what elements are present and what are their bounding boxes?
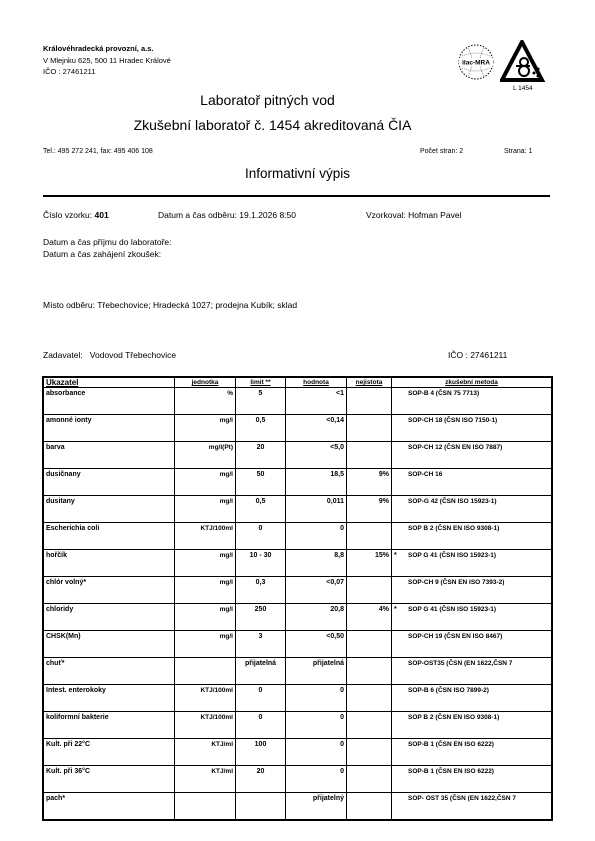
table-row: koliformní bakterieKTJ/100ml00SOP B 2 (Č… xyxy=(43,712,552,739)
cell-flag xyxy=(392,415,407,442)
lab-title: Laboratoř pitných vod xyxy=(0,92,535,108)
cell-method: SOP-B 1 (ČSN EN ISO 6222) xyxy=(406,766,552,793)
company-name: Královéhradecká provozní, a.s. xyxy=(43,44,153,53)
cell-unit: KTJ/100ml xyxy=(175,685,236,712)
cell-unit: mg/l xyxy=(175,496,236,523)
cell-uncertainty xyxy=(347,415,392,442)
cell-flag: * xyxy=(392,604,407,631)
cell-limit: 3 xyxy=(236,631,286,658)
ilac-mra-logo-icon: ilac-MRA xyxy=(456,42,496,82)
client: Zadavatel: Vodovod Třebechovice xyxy=(43,350,176,360)
sample-number-label: Číslo vzorku: xyxy=(43,210,92,220)
cell-method: SOP-G 42 (ČSN ISO 15923-1) xyxy=(406,496,552,523)
test-start-label: Datum a čas zahájení zkoušek: xyxy=(43,249,161,259)
table-header-row: Ukazatel jednotka limit ** hodnota nejis… xyxy=(43,377,552,388)
sampling-place-label: Místo odběru: xyxy=(43,300,95,310)
cell-value: 0 xyxy=(286,712,347,739)
cell-uncertainty xyxy=(347,739,392,766)
cell-name: dusitany xyxy=(43,496,175,523)
client-label: Zadavatel: xyxy=(43,350,83,360)
cell-value: <0,07 xyxy=(286,577,347,604)
company-ico: IČO : 27461211 xyxy=(43,67,95,76)
cell-limit: 5 xyxy=(236,388,286,415)
sampled-by-value: Hofman Pavel xyxy=(408,210,461,220)
cell-value: 0 xyxy=(286,523,347,550)
cell-flag xyxy=(392,496,407,523)
cell-name: amonné ionty xyxy=(43,415,175,442)
cell-method: SOP-B 1 (ČSN EN ISO 6222) xyxy=(406,739,552,766)
cell-limit: 50 xyxy=(236,469,286,496)
table-row: Intest. enterokokyKTJ/100ml00SOP-B 6 (ČS… xyxy=(43,685,552,712)
cell-value: 0,011 xyxy=(286,496,347,523)
cell-name: dusičnany xyxy=(43,469,175,496)
table-row: hořčíkmg/l10 - 308,815%*SOP G 41 (ČSN IS… xyxy=(43,550,552,577)
cell-limit: 0 xyxy=(236,523,286,550)
cell-method: SOP- OST 35 (ČSN (EN 1622,ČSN 7 xyxy=(406,793,552,821)
cell-uncertainty xyxy=(347,766,392,793)
cell-flag xyxy=(392,442,407,469)
cell-uncertainty xyxy=(347,577,392,604)
cell-unit: mg/l(Pt) xyxy=(175,442,236,469)
table-row: Kult. při 36°CKTJ/ml200SOP-B 1 (ČSN EN I… xyxy=(43,766,552,793)
table-row: pach*přijatelnýSOP- OST 35 (ČSN (EN 1622… xyxy=(43,793,552,821)
cell-flag xyxy=(392,523,407,550)
table-row: Escherichia coliKTJ/100ml00SOP B 2 (ČSN … xyxy=(43,523,552,550)
cell-limit: 0,3 xyxy=(236,577,286,604)
header-uncertainty: nejistota xyxy=(347,377,392,388)
cell-limit: 100 xyxy=(236,739,286,766)
cell-name: chuť* xyxy=(43,658,175,685)
cell-uncertainty: 4% xyxy=(347,604,392,631)
sampling-place-value: Třebechovice; Hradecká 1027; prodejna Ku… xyxy=(97,300,297,310)
table-row: chuť*přijatelnápřijatelnáSOP-OST35 (ČSN … xyxy=(43,658,552,685)
cell-name: Kult. při 36°C xyxy=(43,766,175,793)
header-name: Ukazatel xyxy=(43,377,175,388)
cell-limit: 0,5 xyxy=(236,415,286,442)
cell-uncertainty xyxy=(347,631,392,658)
cell-uncertainty xyxy=(347,523,392,550)
cell-limit: 250 xyxy=(236,604,286,631)
cia-logo-icon xyxy=(500,40,550,84)
cell-limit: 20 xyxy=(236,766,286,793)
cell-unit: mg/l xyxy=(175,631,236,658)
cell-unit: % xyxy=(175,388,236,415)
cell-method: SOP-B 6 (ČSN ISO 7899-2) xyxy=(406,685,552,712)
cell-name: Escherichia coli xyxy=(43,523,175,550)
cell-method: SOP-OST35 (ČSN (EN 1622,ČSN 7 xyxy=(406,658,552,685)
header-method: zkušební metoda xyxy=(392,377,553,388)
cell-flag xyxy=(392,658,407,685)
contact-tel-fax: Tel.: 495 272 241, fax: 495 406 108 xyxy=(43,148,153,155)
cell-unit: KTJ/100ml xyxy=(175,523,236,550)
table-row: Kult. při 22°CKTJ/ml1000SOP-B 1 (ČSN EN … xyxy=(43,739,552,766)
cell-method: SOP-CH 16 xyxy=(406,469,552,496)
page-count: Počet stran: 2 xyxy=(420,148,463,155)
cell-value: 0 xyxy=(286,766,347,793)
cell-value: 8,8 xyxy=(286,550,347,577)
client-ico: IČO : 27461211 xyxy=(448,350,507,360)
cell-value: 20,8 xyxy=(286,604,347,631)
cell-value: <5,0 xyxy=(286,442,347,469)
cell-uncertainty: 9% xyxy=(347,496,392,523)
receipt-date-label: Datum a čas příjmu do laboratoře: xyxy=(43,237,172,247)
cell-flag: * xyxy=(392,550,407,577)
cell-name: koliformní bakterie xyxy=(43,712,175,739)
cell-value: 0 xyxy=(286,739,347,766)
svg-text:ilac-MRA: ilac-MRA xyxy=(462,60,490,67)
cell-method: SOP B 2 (ČSN EN ISO 9308-1) xyxy=(406,523,552,550)
cell-name: absorbance xyxy=(43,388,175,415)
cell-value: 18,5 xyxy=(286,469,347,496)
cell-unit: KTJ/100ml xyxy=(175,712,236,739)
table-row: chloridymg/l25020,84%*SOP G 41 (ČSN ISO … xyxy=(43,604,552,631)
cell-flag xyxy=(392,712,407,739)
table-row: dusičnanymg/l5018,59%SOP-CH 16 xyxy=(43,469,552,496)
cell-unit: mg/l xyxy=(175,577,236,604)
cell-limit: 0 xyxy=(236,712,286,739)
table-row: barvamg/l(Pt)20<5,0SOP-CH 12 (ČSN EN ISO… xyxy=(43,442,552,469)
client-value: Vodovod Třebechovice xyxy=(90,350,176,360)
sampling-date: Datum a čas odběru: 19.1.2026 8:50 xyxy=(158,210,296,220)
cell-name: Kult. při 22°C xyxy=(43,739,175,766)
cell-value: <1 xyxy=(286,388,347,415)
cell-method: SOP B 2 (ČSN EN ISO 9308-1) xyxy=(406,712,552,739)
cell-value: přijatelná xyxy=(286,658,347,685)
cell-flag xyxy=(392,739,407,766)
cell-unit: mg/l xyxy=(175,415,236,442)
cell-value: <0,50 xyxy=(286,631,347,658)
cell-uncertainty: 9% xyxy=(347,469,392,496)
table-row: absorbance%5<1SOP-B 4 (ČSN 75 7713) xyxy=(43,388,552,415)
sampling-date-value: 19.1.2026 8:50 xyxy=(239,210,296,220)
cell-method: SOP-B 4 (ČSN 75 7713) xyxy=(406,388,552,415)
sampling-date-label: Datum a čas odběru: xyxy=(158,210,237,220)
table-row: chlór volný*mg/l0,3<0,07SOP-CH 9 (ČSN EN… xyxy=(43,577,552,604)
cell-unit: mg/l xyxy=(175,469,236,496)
header-value: hodnota xyxy=(286,377,347,388)
accreditation-code: L 1454 xyxy=(513,85,533,92)
page-current: Strana: 1 xyxy=(504,148,532,155)
cell-name: Intest. enterokoky xyxy=(43,685,175,712)
header-limit: limit ** xyxy=(236,377,286,388)
cell-uncertainty xyxy=(347,388,392,415)
cell-flag xyxy=(392,685,407,712)
cell-method: SOP-CH 12 (ČSN EN ISO 7887) xyxy=(406,442,552,469)
table-row: CHSK(Mn)mg/l3<0,50SOP-CH 19 (ČSN EN ISO … xyxy=(43,631,552,658)
cell-uncertainty xyxy=(347,658,392,685)
cell-name: chloridy xyxy=(43,604,175,631)
cell-name: chlór volný* xyxy=(43,577,175,604)
cell-method: SOP-CH 9 (ČSN EN ISO 7393-2) xyxy=(406,577,552,604)
cell-method: SOP-CH 18 (ČSN ISO 7150-1) xyxy=(406,415,552,442)
cell-flag xyxy=(392,577,407,604)
cell-limit: přijatelná xyxy=(236,658,286,685)
cell-method: SOP G 41 (ČSN ISO 15923-1) xyxy=(406,550,552,577)
cell-flag xyxy=(392,469,407,496)
header-unit: jednotka xyxy=(175,377,236,388)
cell-name: hořčík xyxy=(43,550,175,577)
cell-flag xyxy=(392,793,407,821)
cell-unit: mg/l xyxy=(175,550,236,577)
company-address: V Mlejnku 625, 500 11 Hradec Králové xyxy=(43,56,171,65)
results-table: Ukazatel jednotka limit ** hodnota nejis… xyxy=(42,376,553,821)
cell-limit: 10 - 30 xyxy=(236,550,286,577)
cell-uncertainty xyxy=(347,442,392,469)
sampled-by: Vzorkoval: Hofman Pavel xyxy=(366,210,461,220)
cell-unit xyxy=(175,658,236,685)
table-row: dusitanymg/l0,50,0119%SOP-G 42 (ČSN ISO … xyxy=(43,496,552,523)
cell-unit xyxy=(175,793,236,821)
table-row: amonné iontymg/l0,5<0,14SOP-CH 18 (ČSN I… xyxy=(43,415,552,442)
cell-flag xyxy=(392,631,407,658)
cell-uncertainty xyxy=(347,685,392,712)
cell-unit: KTJ/ml xyxy=(175,739,236,766)
sampled-by-label: Vzorkoval: xyxy=(366,210,406,220)
cell-value: <0,14 xyxy=(286,415,347,442)
cell-limit: 20 xyxy=(236,442,286,469)
cell-name: barva xyxy=(43,442,175,469)
cell-unit: KTJ/ml xyxy=(175,766,236,793)
cell-flag xyxy=(392,388,407,415)
sampling-place: Místo odběru: Třebechovice; Hradecká 102… xyxy=(43,300,297,310)
cell-flag xyxy=(392,766,407,793)
cell-uncertainty xyxy=(347,712,392,739)
cell-value: přijatelný xyxy=(286,793,347,821)
cell-name: CHSK(Mn) xyxy=(43,631,175,658)
cell-method: SOP G 41 (ČSN ISO 15923-1) xyxy=(406,604,552,631)
cell-method: SOP-CH 19 (ČSN EN ISO 8467) xyxy=(406,631,552,658)
divider xyxy=(43,195,550,197)
cell-uncertainty xyxy=(347,793,392,821)
sample-number: Číslo vzorku: 401 xyxy=(43,210,109,220)
cell-limit: 0,5 xyxy=(236,496,286,523)
cell-limit: 0 xyxy=(236,685,286,712)
cell-unit: mg/l xyxy=(175,604,236,631)
cell-uncertainty: 15% xyxy=(347,550,392,577)
cell-limit xyxy=(236,793,286,821)
cell-value: 0 xyxy=(286,685,347,712)
document-title: Informativní výpis xyxy=(0,166,595,181)
sample-number-value: 401 xyxy=(95,210,109,220)
cell-name: pach* xyxy=(43,793,175,821)
accreditation-title: Zkušební laboratoř č. 1454 akreditovaná … xyxy=(0,117,545,133)
